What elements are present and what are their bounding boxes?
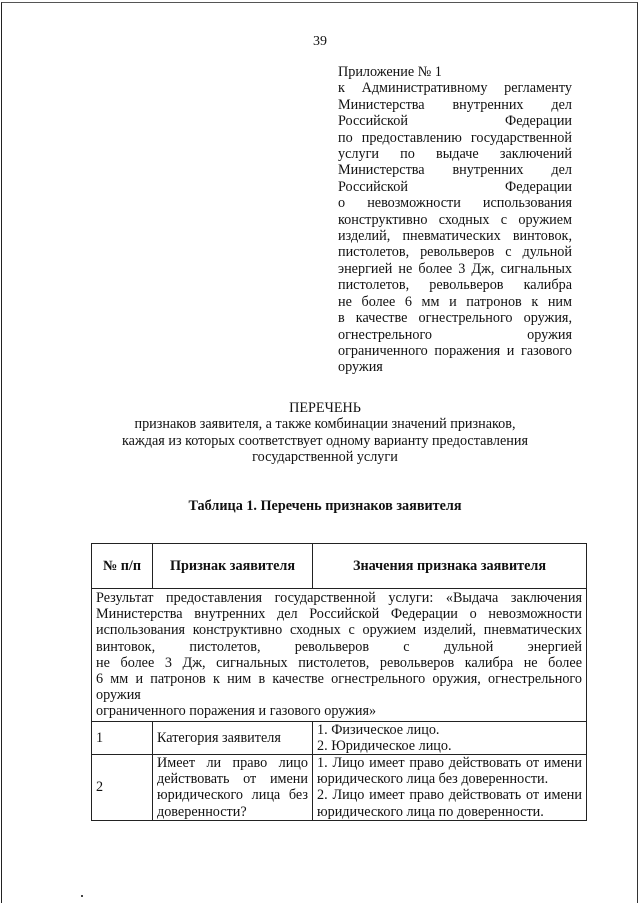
- appendix-line: к Административному регламенту: [338, 80, 572, 96]
- row-number: 1: [92, 721, 153, 754]
- appendix-line: оружия: [338, 359, 572, 375]
- row-number: 2: [92, 755, 153, 821]
- table-row: 1 Категория заявителя 1. Физическое лицо…: [92, 721, 587, 754]
- appendix-line: конструктивно сходных с оружием: [338, 212, 572, 228]
- heading-subtitle-line: государственной услуги: [100, 449, 550, 465]
- attribute-line: юридического лица без: [157, 787, 308, 803]
- result-line: Результат предоставления государственной…: [96, 590, 582, 606]
- attribute-line: Имеет ли право лицо: [157, 755, 308, 771]
- table-row: 2 Имеет ли право лицо действовать от име…: [92, 755, 587, 821]
- table-caption: Таблица 1. Перечень признаков заявителя: [100, 498, 550, 515]
- appendix-line: в качестве огнестрельного оружия,: [338, 310, 572, 326]
- appendix-line: не более 6 мм и патронов к ним: [338, 294, 572, 310]
- appendix-line: ограниченного поражения и газового: [338, 343, 572, 359]
- table-header-row: № п/п Признак заявителя Значения признак…: [92, 544, 587, 589]
- value-option: 1. Физическое лицо.: [317, 722, 582, 738]
- value-line: юридического лица по доверенности.: [317, 804, 582, 820]
- appendix-line: энергией не более 3 Дж, сигнальных: [338, 261, 572, 277]
- appendix-line: по предоставлению государственной: [338, 130, 572, 146]
- attributes-table: № п/п Признак заявителя Значения признак…: [91, 543, 587, 821]
- result-line: использования конструктивно сходных с ор…: [96, 622, 582, 638]
- document-heading: ПЕРЕЧЕНЬ признаков заявителя, а также ко…: [100, 400, 550, 466]
- attribute-line: доверенности?: [157, 804, 308, 820]
- appendix-line: пистолетов, револьверов калибра: [338, 277, 572, 293]
- row-values: 1. Лицо имеет право действовать от имени…: [313, 755, 587, 821]
- appendix-line: пистолетов, револьверов с дульной: [338, 244, 572, 260]
- attribute-line: действовать от имени: [157, 771, 308, 787]
- result-line: Министерства внутренних дел Российской Ф…: [96, 606, 582, 622]
- result-line: 6 мм и патронов к ним в качестве огнестр…: [96, 671, 582, 703]
- header-number: № п/п: [92, 544, 153, 589]
- heading-title: ПЕРЕЧЕНЬ: [100, 400, 550, 416]
- scan-speck: [81, 895, 83, 897]
- result-line: не более 3 Дж, сигнальных пистолетов, ре…: [96, 655, 582, 671]
- appendix-line: Министерства внутренних дел: [338, 97, 572, 113]
- row-values: 1. Физическое лицо. 2. Юридическое лицо.: [313, 721, 587, 754]
- header-attribute: Признак заявителя: [153, 544, 313, 589]
- value-option: 2. Юридическое лицо.: [317, 738, 582, 754]
- value-line: 2. Лицо имеет право действовать от имени: [317, 787, 582, 803]
- appendix-line: огнестрельного оружия: [338, 327, 572, 343]
- heading-subtitle-line: каждая из которых соответствует одному в…: [100, 433, 550, 449]
- result-line: ограниченного поражения и газового оружи…: [96, 703, 582, 719]
- appendix-line: изделий, пневматических винтовок,: [338, 228, 572, 244]
- page-number: 39: [0, 34, 640, 50]
- appendix-line: Министерства внутренних дел: [338, 162, 572, 178]
- appendix-line: Российской Федерации: [338, 113, 572, 129]
- result-cell: Результат предоставления государственной…: [92, 589, 587, 722]
- row-attribute: Категория заявителя: [153, 721, 313, 754]
- heading-subtitle-line: признаков заявителя, а также комбинации …: [100, 416, 550, 432]
- appendix-line: Приложение № 1: [338, 64, 572, 80]
- result-row: Результат предоставления государственной…: [92, 589, 587, 722]
- appendix-line: о невозможности использования: [338, 195, 572, 211]
- header-values: Значения признака заявителя: [313, 544, 587, 589]
- appendix-line: услуги по выдаче заключений: [338, 146, 572, 162]
- value-line: 1. Лицо имеет право действовать от имени: [317, 755, 582, 771]
- appendix-line: Российской Федерации: [338, 179, 572, 195]
- value-line: юридического лица без доверенности.: [317, 771, 582, 787]
- appendix-header: Приложение № 1 к Административному регла…: [338, 64, 572, 376]
- result-line: винтовок, пистолетов, револьверов с дуль…: [96, 639, 582, 655]
- row-attribute: Имеет ли право лицо действовать от имени…: [153, 755, 313, 821]
